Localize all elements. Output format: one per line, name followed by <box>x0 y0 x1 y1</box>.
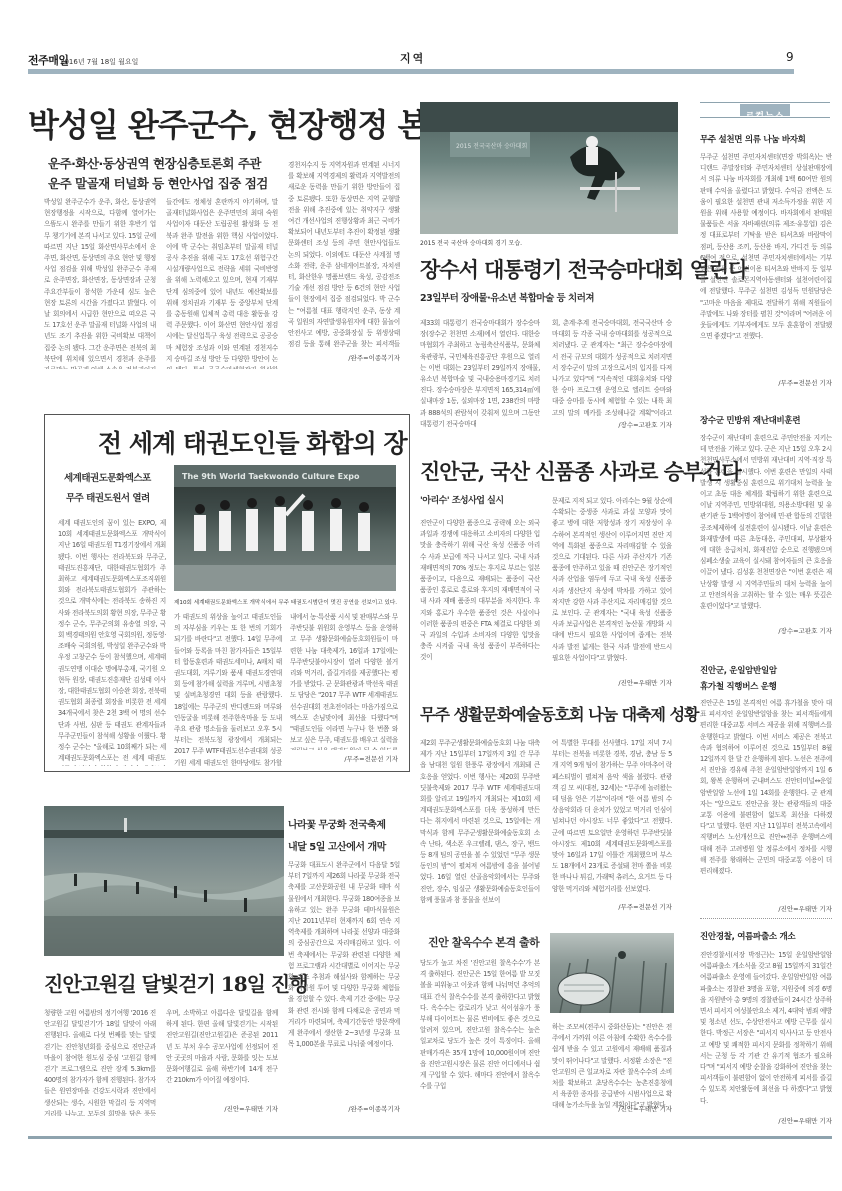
sidebar-label-badge: 로컬뉴스 <box>740 104 790 116</box>
taekwondo-subhead-1: 세계태권도문화엑스포 <box>64 470 151 484</box>
masthead-date: 2016년 7월 18일 월요일 <box>60 57 138 67</box>
taekwondo-expo-photo: The 9th World Taekwondo Culture Expo <box>174 465 396 591</box>
festival-col-1: 제2회 무주군생활문화예술동호회 나눔 대축제가 지난 15일부터 17일까지 … <box>420 738 540 912</box>
lead-col-1: 박성일 완주군수가 운주, 화산, 동상권역 현장행정을 시작으로, 다함께 열… <box>44 197 156 369</box>
sidebar-story2-headline: 장수군 민방위 재난대비훈련 <box>700 414 800 426</box>
moonlight-walk-photo <box>44 806 284 956</box>
sidebar-label-rule-top <box>700 102 830 103</box>
lead-col-3: 경천저수지 등 지역자원과 연계된 시너지를 확보해 지역경제의 활력과 지역발… <box>288 160 400 348</box>
mugunghwa-body: 무궁화 대표도시 완주군에서 다음달 5일부터 7일까지 제26회 나라꽃 무궁… <box>288 860 400 1098</box>
lead-subhead-1: 운주·화산·동상권역 현장심층토론회 주관 <box>48 154 261 172</box>
lead-headline: 박성일 완주군수, 현장행정 본격화 <box>28 100 487 146</box>
sidebar-label-rule-bottom <box>700 117 830 118</box>
bottom-page-rule <box>28 1136 832 1139</box>
lead-subhead-2: 운주 말골재 터널화 등 현안사업 집중 점검 <box>48 174 268 192</box>
sidebar-story2-byline: /장수=고판호 기자 <box>700 626 832 635</box>
corn-col-1: 당도가 높고 차진 '진안고원 찰옥수수'가 본격 출하된다. 진안군은 15일… <box>420 958 540 1108</box>
horse-col-1: 제33회 대통령기 전국승마대회가 장수승마장(장수군 천천면 소재)에서 열린… <box>420 318 540 430</box>
lead-byline: /완주=이종복기자 <box>288 353 400 362</box>
moonlight-col-2: 우며, 소박하고 아름다운 달빛길을 함께 하게 된다. 한편 올해 달빛걷기는… <box>166 1008 278 1088</box>
corn-harvest-illustration <box>550 933 674 1013</box>
sidebar-story1-byline: /무주=전문선 기자 <box>700 378 832 387</box>
masthead-rule <box>28 69 794 74</box>
taekwondo-col-1: 세계 태권도인의 꿈이 있는 EXPO, 제10회 세계태권도문화엑스포 개막식… <box>58 518 166 766</box>
apple-col-1: 진안군이 다양한 품종으로 공략해 오는 외국 과일과 경쟁에 대응하고 소비자… <box>420 518 540 686</box>
horse-col-2: 회, 춘계·추계 전국승마대회, 전국국산마 승마대회 등 각종 국내 승마대회… <box>552 318 672 418</box>
taekwondo-byline: /무주=전문선 기자 <box>290 754 398 763</box>
moonlight-byline: /진안=우태만 기자 <box>166 1104 278 1113</box>
arena-sign: 2015 전국국산마 승마대회 <box>456 142 527 150</box>
sidebar-story3-headline-1: 진안군, 운일암반일암 <box>700 664 777 676</box>
sidebar-story1-body: 무주군 설천면 주민자치센터(면장 박희옥)는 반디랜드 주말장터와 주민자치센… <box>700 152 832 374</box>
sidebar-story3-headline-2: 휴가철 직행버스 운행 <box>700 680 777 692</box>
corn-headline: 진안 찰옥수수 본격 출하 <box>428 934 539 950</box>
taekwondo-col-3: 내에서 농·특산품 시식 및 판매부스와 무주반딧불 위원회 운영부스 등을 운… <box>290 612 398 750</box>
mugunghwa-headline-2: 내달 5일 고산에서 개막 <box>288 838 386 853</box>
taekwondo-col-2: 가 태권도의 위상을 높이고 태권도인들의 자부심을 키우는 또 한 번의 기회… <box>174 612 282 766</box>
moonlight-col-1: 청량한 고원 여름밤의 정기여행 '2016 진안고원길 달빛걷기'가 18일 … <box>44 1008 156 1116</box>
horse-subhead: 23일부터 장애물·유소년 복합마술 등 치러져 <box>420 290 594 304</box>
apple-col-2: 문제로 지적 되고 있다. 아리수는 9월 상순에 수확되는 중생종 사과로 과… <box>552 496 672 676</box>
stream-walkers-illustration <box>44 806 284 956</box>
taekwondo-performers-illustration: The 9th World Taekwondo Culture Expo <box>174 465 396 591</box>
moonlight-headline: 진안고원길 달빛걷기 18일 진행 <box>44 968 308 997</box>
horse-jump-illustration: 2015 전국국산마 승마대회 <box>420 102 678 234</box>
corn-field-photo <box>550 933 674 1013</box>
horse-headline: 장수서 대통령기 전국승마대회 열린다 <box>420 254 748 284</box>
sidebar-story3-body: 진안군은 15일 본격적인 여름 휴가철을 맞아 대표 피서지인 운일암반일암을… <box>700 698 832 903</box>
corn-col-2: 하는 조모씨(전주시 중화산동)는 "진안은 전주에서 가까워 이른 아침에 수… <box>552 1022 672 1110</box>
sidebar-story3-byline: /진안=우태만 기자 <box>700 904 832 913</box>
sidebar-story4-body: 진안경찰서(서장 박정근)는 15일 운일암반일암 여름파출소 개소식을 갖고 … <box>700 950 832 1116</box>
page-number: 9 <box>786 50 794 64</box>
apple-byline: /진안=우태만 기자 <box>552 678 672 687</box>
expo-banner-text: The 9th World Taekwondo Culture Expo <box>182 472 360 481</box>
sidebar-story4-headline: 진안경찰, 여름파출소 개소 <box>700 930 795 942</box>
festival-byline: /무주=전문선 기자 <box>552 902 672 911</box>
taekwondo-subhead-2: 무주 태권도원서 열려 <box>66 490 150 504</box>
apple-subhead: '아리수' 조성사업 실시 <box>420 493 504 506</box>
festival-col-2: 여 특별한 무대를 선사했다. 17일 저녁 7시부터는 전북을 비롯한 경북,… <box>552 738 672 898</box>
horse-photo-caption: 2015 전국 국산마 승마대회 경기 모습. <box>420 238 522 247</box>
corn-byline: /진안=우태만 기자 <box>552 1104 672 1113</box>
festival-headline: 무주 생활문화예술동호회 나눔 대축제 성황 <box>420 702 699 725</box>
mugunghwa-byline: /완주=이종복기자 <box>288 1104 400 1113</box>
horse-byline: /장수=고판호 기자 <box>552 420 672 429</box>
mugunghwa-headline-1: 나라꽃 무궁화 전국축제 <box>288 816 386 831</box>
section-title: 지역 <box>400 50 425 66</box>
lead-col-2: 들간에도 정체성 혼란까지 야기하며, 말골재터널화사업은 운주면민의 최대 숙… <box>166 197 278 369</box>
taekwondo-photo-caption: 제10회 세계태권도문화엑스포 개막식에서 무주 태권도시범단이 멋진 공연을 … <box>174 598 397 606</box>
taekwondo-headline: 전 세계 태권도인들 화합의 장 <box>98 424 407 460</box>
apple-headline: 진안군, 국산 신품종 사과로 승부건다 <box>420 456 741 486</box>
horse-riding-photo: 2015 전국국산마 승마대회 <box>420 102 678 234</box>
sidebar-story1-headline: 무주 설천면 의류 나눔 바자회 <box>700 133 806 145</box>
sidebar-divider <box>700 918 832 919</box>
sidebar-story4-byline: /진안=우태만 기자 <box>700 1116 832 1125</box>
